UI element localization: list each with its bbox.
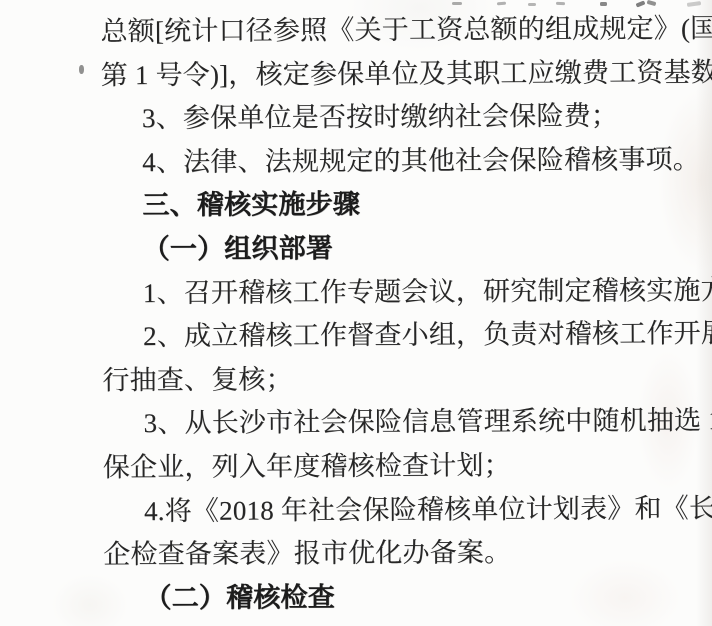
scan-artifact bbox=[647, 0, 657, 6]
scan-artifact bbox=[636, 0, 646, 7]
text-line: 1、召开稽核工作专题会议，研究制定稽核实施方案； bbox=[102, 269, 698, 316]
text-line: 企检查备案表》报市优化办备案。 bbox=[103, 530, 699, 577]
text-line: 3、参保单位是否按时缴纳社会保险费； bbox=[101, 94, 697, 141]
text-line: 4、法律、法规规定的其他社会保险稽核事项。 bbox=[101, 138, 697, 185]
heading-section-three: 三、稽核实施步骤 bbox=[101, 182, 697, 229]
document-page: 总额[统计口径参照《关于工资总额的组成规定》(国家统计局 第 1 号令)]，核定… bbox=[0, 7, 712, 621]
text-line: 4.将《2018 年社会保险稽核单位计划表》和《长沙市涉 bbox=[103, 487, 699, 534]
text-line: 保企业，列入年度稽核检查计划； bbox=[103, 443, 699, 490]
scan-artifact bbox=[556, 2, 565, 5]
scan-artifact bbox=[600, 2, 607, 6]
scan-artifact bbox=[497, 2, 506, 6]
text-line: 行抽查、复核； bbox=[102, 356, 698, 403]
text-line: 总额[统计口径参照《关于工资总额的组成规定》(国家统计局 bbox=[100, 7, 696, 54]
text-line: 3、从长沙市社会保险信息管理系统中随机抽选 120 户参 bbox=[102, 400, 698, 447]
scan-artifact bbox=[687, 1, 701, 7]
text-line: 第 1 号令)]，核定参保单位及其职工应缴费工资基数； bbox=[101, 51, 697, 98]
text-line: 2、成立稽核工作督查小组，负责对稽核工作开展情况进 bbox=[102, 312, 698, 359]
scan-artifact bbox=[528, 3, 536, 6]
scan-artifact bbox=[452, 2, 462, 5]
heading-subsection-one: （一）组织部署 bbox=[102, 225, 698, 272]
heading-subsection-two: （二）稽核检查 bbox=[103, 574, 699, 621]
